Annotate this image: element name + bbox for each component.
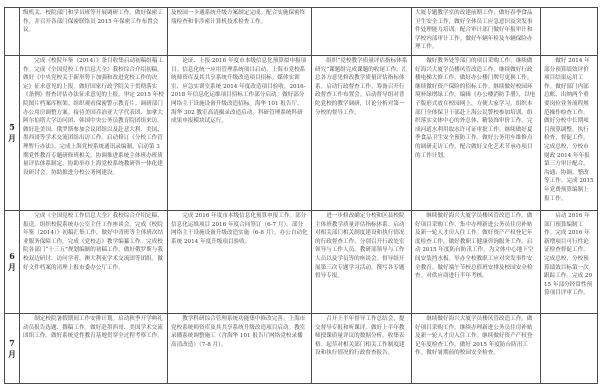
it-work-cell: 完成 2016 年度市本级信息化预算申报工作。部分信息化运维项目 2016 年度…	[168, 211, 312, 314]
it-work-cell: 论证、上报 2016 年度市本级信息化预算拟申报项目。信息化统一应用管理系统项目…	[168, 56, 312, 211]
it-work-cell: 教学科研综合管理系统功能集中修改完善。上海市党校系统师资库及其共享系统升级改造项…	[168, 314, 312, 384]
cell-text: 完成《校院年鉴（2014）》条目收集启动初稿组稿工作。完成《全国党校工作信息大全…	[23, 57, 164, 177]
cell-text: 及校园一卡通系统升级方案制定完成。配合实施保密终端检查和非涉密计算机技术检查工作…	[171, 9, 308, 26]
cell-text: 做好 2014 年部分预算绩效评价项目结果运用工作。做好部门内部总账、出纳两个重…	[544, 57, 594, 203]
cell-text: 进一步修改确定分校和区县校院主体班教学质量评估指标体系。启动对相关部门相关制度建…	[315, 212, 408, 281]
office-work-cell: 完成《全国党校工作信息大全》我校综合介绍定稿、报送。组织校院系统办公室主任工作座…	[20, 211, 168, 314]
finance-work-cell	[541, 314, 598, 384]
supervision-work-cell	[312, 8, 412, 56]
table-row: 5月 完成《校院年鉴（2014）》条目收集启动初稿组稿工作。完成《全国党校工作信…	[5, 56, 598, 211]
cell-text: 论证、上报 2016 年度市本级信息化预算拟申报项目。信息化统一应用管理系统项目…	[171, 57, 308, 126]
work-plan-table: 级机关、校院部门和学员班等开展调研工作。做好保密工作，并召开各部门保密联络员 2…	[4, 7, 598, 384]
supervision-work-cell: 召开上半年督导工作总结会，提交督导专报和听课评。做好上半年教师授课质量评议的数据…	[312, 314, 412, 384]
office-work-cell: 制定校院暑假期间工作安排计划。启动秋季开学典礼动员报告选题、撰稿工作。做好赴墨西…	[20, 314, 168, 384]
cell-text: 级机关、校院部门和学员班等开展调研工作。做好保密工作，并召开各部门保密联络员 2…	[23, 9, 164, 35]
cell-text: 启动 2016 年部门预算编制工作。完成 2016 年新增项目可行性论证检查督促…	[544, 212, 594, 298]
table-row: 7月 制定校院暑假期间工作安排计划。启动秋季开学典礼动员报告选题、撰稿工作。做好…	[5, 314, 598, 384]
month-cell	[5, 8, 20, 56]
table-row: 6月 完成《全国党校工作信息大全》我校综合介绍定稿、报送。组织校院系统办公室主任…	[5, 211, 598, 314]
month-cell: 6月	[5, 211, 20, 314]
supervision-work-cell: 组织“党校教学质量评估指标体系研究”课题组完成课题的收尾工作。汇总各方意见修改教…	[312, 56, 412, 211]
logistics-work-cell: 继续做好海兴大厦学员楼风管改造工作。做好项目采购工作。继续办理新进公务员住房补贴…	[412, 314, 541, 384]
cell-text: 大厦专题教学室的改建前期工作，做好春季食品卫生安全工作，做好全体员工应急意识及突…	[415, 9, 537, 52]
month-cell: 7月	[5, 314, 20, 384]
cell-text: 做好教务处等部门的项目采购工作。继续做好海兴大厦学员楼风管改造工作。继续做好行政…	[415, 57, 537, 160]
cell-text: 教学科研综合管理系统功能集中修改完善。上海市党校系统师资库及其共享系统升级改造项…	[171, 315, 308, 349]
finance-work-cell: 启动 2016 年部门预算编制工作。完成 2016 年新增项目可行性论证检查督促…	[541, 211, 598, 314]
supervision-work-cell: 进一步修改确定分校和区县校院主体班教学质量评估指标体系。启动对相关部门相关制度建…	[312, 211, 412, 314]
logistics-work-cell: 继续做好海兴大厦学员楼风管改造工作。做好项目采购工作。集中办理新进公务员住房补贴…	[412, 211, 541, 314]
cell-text: 组织“党校教学质量评估指标体系研究”课题组完成课题的收尾工作。汇总各方意见修改教…	[315, 57, 408, 117]
logistics-work-cell: 大厦专题教学室的改建前期工作，做好春季食品卫生安全工作，做好全体员工应急意识及突…	[412, 8, 541, 56]
cell-text: 完成《全国党校工作信息大全》我校综合介绍定稿、报送。组织校院系统办公室主任工作座…	[23, 212, 164, 272]
logistics-work-cell: 做好教务处等部门的项目采购工作。继续做好海兴大厦学员楼风管改造工作。继续做好行政…	[412, 56, 541, 211]
office-work-cell: 级机关、校院部门和学员班等开展调研工作。做好保密工作，并召开各部门保密联络员 2…	[20, 8, 168, 56]
cell-text: 继续做好海兴大厦学员楼风管改造工作。做好项目采购工作。集中办理新进公务员住房补贴…	[415, 212, 537, 281]
finance-work-cell	[541, 8, 598, 56]
office-work-cell: 完成《校院年鉴（2014）》条目收集启动初稿组稿工作。完成《全国党校工作信息大全…	[20, 56, 168, 211]
finance-work-cell: 做好 2014 年部分预算绩效评价项目结果运用工作。做好部门内部总账、出纳两个重…	[541, 56, 598, 211]
cell-text: 制定校院暑假期间工作安排计划。启动秋季开学典礼动员报告选题、撰稿工作。做好赴墨西…	[23, 315, 164, 341]
table-row: 级机关、校院部门和学员班等开展调研工作。做好保密工作，并召开各部门保密联络员 2…	[5, 8, 598, 56]
cell-text: 召开上半年督导工作总结会，提交督导专报和听课评。做好上半年教师授课质量评议的数据…	[315, 315, 408, 358]
it-work-cell: 及校园一卡通系统升级方案制定完成。配合实施保密终端检查和非涉密计算机技术检查工作…	[168, 8, 312, 56]
cell-text: 继续做好海兴大厦学员楼风管改造工作。做好项目采购工作。继续办理新进公务员住房补贴…	[415, 315, 537, 358]
cell-text: 完成 2016 年度市本级信息化预算申报工作。部分信息化运维项目 2016 年度…	[171, 212, 308, 246]
month-cell: 5月	[5, 56, 20, 211]
